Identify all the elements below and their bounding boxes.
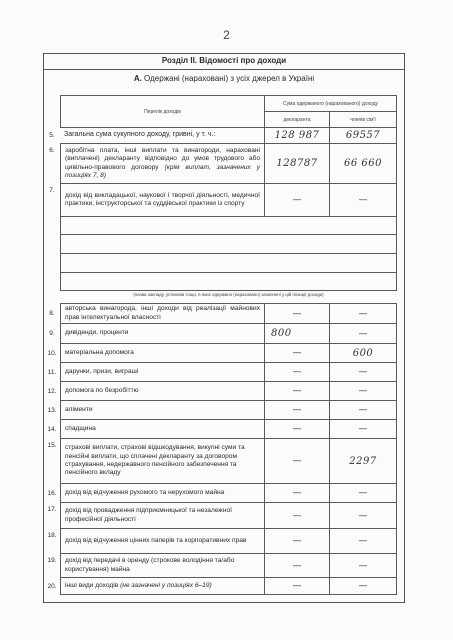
dash-mark: —	[293, 581, 302, 591]
dash-mark: —	[293, 386, 302, 396]
handwritten-value: 69557	[346, 130, 380, 141]
income-row-alimony: аліменти	[60, 400, 265, 420]
declarant-value[interactable]: —	[264, 502, 330, 529]
family-value[interactable]: —	[329, 323, 397, 344]
family-value[interactable]: 2297	[329, 438, 397, 484]
handwritten-value: 128787	[276, 158, 317, 169]
family-value[interactable]: —	[329, 483, 397, 503]
income-row-gifts: дарунки, призи, виграші	[60, 362, 265, 382]
declarant-value[interactable]: —	[264, 553, 330, 578]
dash-mark: —	[359, 581, 368, 591]
subsection-title: А. Одержані (нараховані) з усіх джерел в…	[43, 73, 405, 85]
row-number: 9.	[45, 323, 59, 344]
family-value[interactable]: —	[329, 553, 397, 578]
family-value[interactable]: —	[329, 183, 397, 217]
dash-mark: —	[359, 536, 368, 546]
declarant-value[interactable]: —	[264, 303, 330, 324]
row-number: 7.	[45, 183, 59, 197]
dash-mark: —	[293, 424, 302, 434]
dash-mark: —	[359, 195, 368, 205]
row-label: дохід від передачі в оренду (строкове во…	[65, 557, 260, 574]
row-number: 17.	[45, 502, 59, 516]
declarant-value[interactable]: —	[264, 528, 330, 554]
row-label: дохід від викладацької, наукової і творч…	[65, 192, 260, 209]
institution-line-3[interactable]	[60, 253, 397, 273]
row-number: 12.	[45, 381, 59, 401]
dash-mark: —	[359, 309, 368, 319]
family-value[interactable]: —	[329, 419, 397, 439]
row-number: 20.	[45, 577, 59, 595]
dash-mark: —	[293, 195, 302, 205]
handwritten-value: 800	[271, 328, 292, 339]
declarant-value[interactable]: 800	[264, 323, 330, 344]
row-label: заробітна плата, інші виплати та винагор…	[65, 147, 260, 180]
family-value[interactable]: 69557	[329, 127, 397, 144]
row-number: 5.	[45, 127, 59, 144]
row-number: 15.	[45, 438, 59, 452]
declarant-value[interactable]: 128787	[264, 143, 330, 184]
dash-mark: —	[359, 329, 368, 339]
institution-caption: (назва закладу, установи тощо, в яких од…	[60, 291, 397, 299]
income-row-royalties: авторська винагорода, інші доходи від ре…	[60, 303, 265, 324]
handwritten-value: 600	[353, 348, 374, 359]
income-row-other: інші види доходів (не зазначені у позиці…	[60, 577, 265, 595]
row-label: аліменти	[65, 406, 260, 414]
income-row-unemployment: допомога по безробіттю	[60, 381, 265, 401]
family-value[interactable]: —	[329, 362, 397, 382]
row-number: 13.	[45, 400, 59, 420]
dash-mark: —	[293, 367, 302, 377]
dash-mark: —	[359, 405, 368, 415]
family-value[interactable]: —	[329, 502, 397, 529]
header-declarant: декларанта	[264, 111, 330, 128]
income-row-material-aid: матеріальна допомога	[60, 343, 265, 363]
row-number: 8.	[45, 303, 59, 324]
institution-line-2[interactable]	[60, 234, 397, 254]
row-number: 11.	[45, 362, 59, 382]
income-row-securities: дохід від відчуження цінних паперів та к…	[60, 528, 265, 554]
income-row-dividends: дивіденди, проценти	[60, 323, 265, 344]
declarant-value[interactable]: —	[264, 483, 330, 503]
dash-mark: —	[293, 536, 302, 546]
section-title: Розділ ІІ. Відомості про доходи	[43, 53, 405, 70]
family-value[interactable]: 66 660	[329, 143, 397, 184]
row-number: 18.	[45, 528, 59, 542]
family-value[interactable]: —	[329, 528, 397, 554]
dash-mark: —	[293, 511, 302, 521]
income-row-rent: дохід від передачі в оренду (строкове во…	[60, 553, 265, 578]
row-label: інші види доходів (не зазначені у позиці…	[65, 582, 260, 590]
header-income-sum: Сума одержаного (нарахованого) доходу	[264, 95, 397, 112]
row-label: авторська винагорода, інші доходи від ре…	[65, 305, 260, 322]
institution-line-4[interactable]	[60, 272, 397, 291]
dash-mark: —	[359, 561, 368, 571]
income-row-teaching: дохід від викладацької, наукової і творч…	[60, 183, 265, 217]
income-row-salary: заробітна плата, інші виплати та винагор…	[60, 143, 265, 184]
row-number: 14.	[45, 419, 59, 439]
dash-mark: —	[293, 348, 302, 358]
declarant-value[interactable]: —	[264, 577, 330, 595]
family-value[interactable]: —	[329, 381, 397, 401]
row-number: 16.	[45, 483, 59, 503]
dash-mark: —	[293, 488, 302, 498]
dash-mark: —	[293, 405, 302, 415]
subsection-letter: А.	[134, 74, 142, 83]
dash-mark: —	[293, 309, 302, 319]
declarant-value[interactable]: —	[264, 183, 330, 217]
page-number: 2	[0, 28, 453, 42]
income-row-business: дохід від провадження підприємницької та…	[60, 502, 265, 529]
dash-mark: —	[359, 367, 368, 377]
declarant-value[interactable]: —	[264, 381, 330, 401]
dash-mark: —	[359, 424, 368, 434]
handwritten-value: 66 660	[344, 158, 382, 169]
row-label: Загальна сума сукупного доходу, гривні, …	[64, 131, 260, 139]
row-label: спадщина	[65, 425, 260, 433]
institution-line-1[interactable]	[60, 216, 397, 235]
handwritten-value: 128 987	[275, 130, 320, 141]
declarant-value[interactable]: —	[264, 362, 330, 382]
dash-mark: —	[359, 511, 368, 521]
declarant-value[interactable]: —	[264, 400, 330, 420]
row-label: дивіденди, проценти	[65, 329, 260, 337]
header-income-list: Перелік доходів	[60, 95, 265, 128]
declarant-value[interactable]: —	[264, 419, 330, 439]
row-number: 19.	[45, 553, 59, 567]
declarant-value[interactable]: —	[264, 438, 330, 484]
row-label: матеріальна допомога	[65, 349, 260, 357]
row-number: 6.	[45, 143, 59, 157]
row-label: дохід від провадження підприємницької та…	[65, 507, 260, 524]
income-row-inheritance: спадщина	[60, 419, 265, 439]
row-label: страхові виплати, страхові відшкодування…	[65, 444, 260, 477]
family-value[interactable]: —	[329, 303, 397, 324]
row-label: дохід від відчуження цінних паперів та к…	[65, 537, 260, 545]
family-value[interactable]: —	[329, 400, 397, 420]
row-label: дохід від відчуження рухомого та нерухом…	[65, 489, 260, 497]
row-number: 10.	[45, 343, 59, 363]
row-label: допомога по безробіттю	[65, 387, 260, 395]
row-label: дарунки, призи, виграші	[65, 368, 260, 376]
income-row-insurance: страхові виплати, страхові відшкодування…	[60, 438, 265, 484]
row-label-text: інші види доходів	[65, 582, 118, 589]
dash-mark: —	[293, 456, 302, 466]
handwritten-value: 2297	[349, 456, 376, 467]
dash-mark: —	[359, 488, 368, 498]
declarant-value[interactable]: —	[264, 343, 330, 363]
family-value[interactable]: 600	[329, 343, 397, 363]
dash-mark: —	[359, 386, 368, 396]
subsection-text: Одержані (нараховані) з усіх джерел в Ук…	[144, 74, 314, 83]
income-row-property-sale: дохід від відчуження рухомого та нерухом…	[60, 483, 265, 503]
declarant-value[interactable]: 128 987	[264, 127, 330, 144]
family-value[interactable]: —	[329, 577, 397, 595]
dash-mark: —	[293, 561, 302, 571]
row-label-note: (не зазначені у позиціях 6–19)	[120, 582, 212, 589]
header-family: членів сім'ї	[329, 111, 397, 128]
income-row-total: Загальна сума сукупного доходу, гривні, …	[60, 127, 265, 144]
